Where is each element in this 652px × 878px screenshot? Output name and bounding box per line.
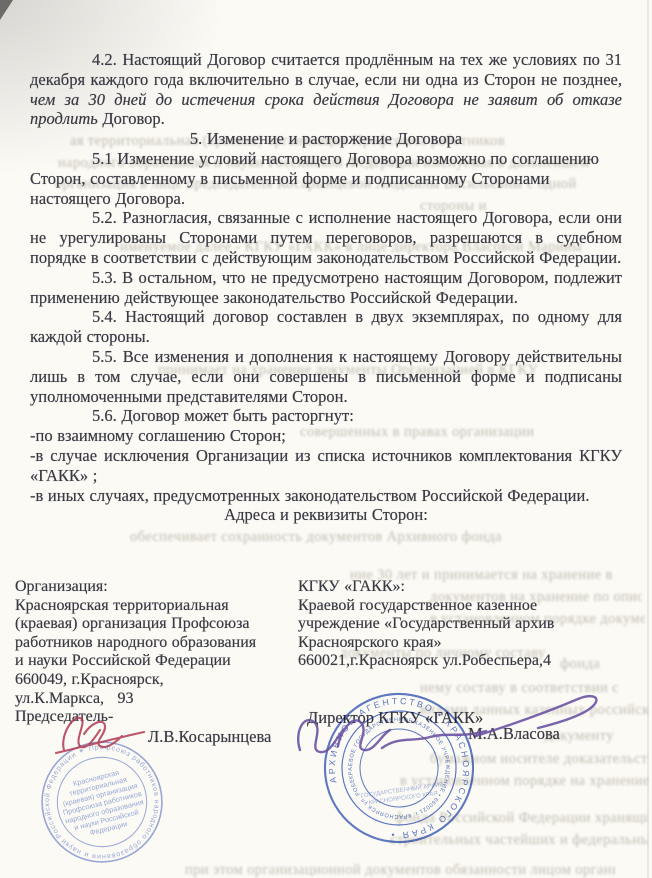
archive-requisites: КГКУ «ГАКК»: Краевой государственное каз… <box>298 578 628 671</box>
chairman-signature <box>50 706 150 758</box>
termination-item: -в иных случаях, предусмотренных законод… <box>30 486 622 506</box>
clause-4-2-text-1: 4.2. Настоящий Договор считается продлён… <box>30 50 622 89</box>
clause-5-3: 5.3. В остальном, что не предусмотрено н… <box>30 268 622 308</box>
archive-line: учреждение «Государственный архив <box>298 615 628 634</box>
termination-item: -в случае исключения Организации из спис… <box>30 446 622 486</box>
org-line: Организация: <box>15 578 290 597</box>
archive-line: КГКУ «ГАКК»: <box>298 578 628 597</box>
clause-4-2: 4.2. Настоящий Договор считается продлён… <box>30 50 622 129</box>
clause-4-2-text-2: Договор. <box>102 109 164 128</box>
bleed-line: обеспечивает сохранность документов Архи… <box>130 529 620 546</box>
org-line: Красноярская территориальная <box>15 597 290 616</box>
scanned-contract-page: ая территориальная (краевая) организация… <box>0 0 652 878</box>
clause-5-1: 5.1 Изменение условий настоящего Договор… <box>30 149 622 208</box>
section-5-heading: 5. Изменение и расторжение Договора <box>30 129 622 149</box>
organization-requisites: Организация: Красноярская территориальна… <box>15 578 290 727</box>
clause-5-6: 5.6. Договор может быть расторгнут: <box>30 406 622 426</box>
bleed-line: при этом организационной документов обяз… <box>185 862 615 878</box>
clause-5-2: 5.2. Разногласия, связанные с исполнение… <box>30 208 622 267</box>
clause-5-4: 5.4. Настоящий договор составлен в двух … <box>30 307 622 347</box>
org-line: (краевая) организация Профсоюза <box>15 615 290 634</box>
org-line: 660049, г.Красноярск, <box>15 671 290 690</box>
left-signatory-name: Л.В.Косарынцева <box>148 727 271 747</box>
clause-5-5: 5.5. Все изменения и дополнения к настоя… <box>30 347 622 406</box>
org-line: и науки Российской Федерации <box>15 652 290 671</box>
archive-line: 660021,г.Красноярск ул.Робеспьера,4 <box>298 652 628 671</box>
termination-item: -по взаимному соглашению Сторон; <box>30 426 622 446</box>
contract-body: 4.2. Настоящий Договор считается продлён… <box>30 50 622 525</box>
archive-line: Красноярского края» <box>298 634 628 653</box>
archive-line: Краевой государственное казенное <box>298 597 628 616</box>
director-signature <box>290 686 620 776</box>
org-line: работников народного образования <box>15 634 290 653</box>
requisites-heading: Адреса и реквизиты Сторон: <box>30 505 622 525</box>
